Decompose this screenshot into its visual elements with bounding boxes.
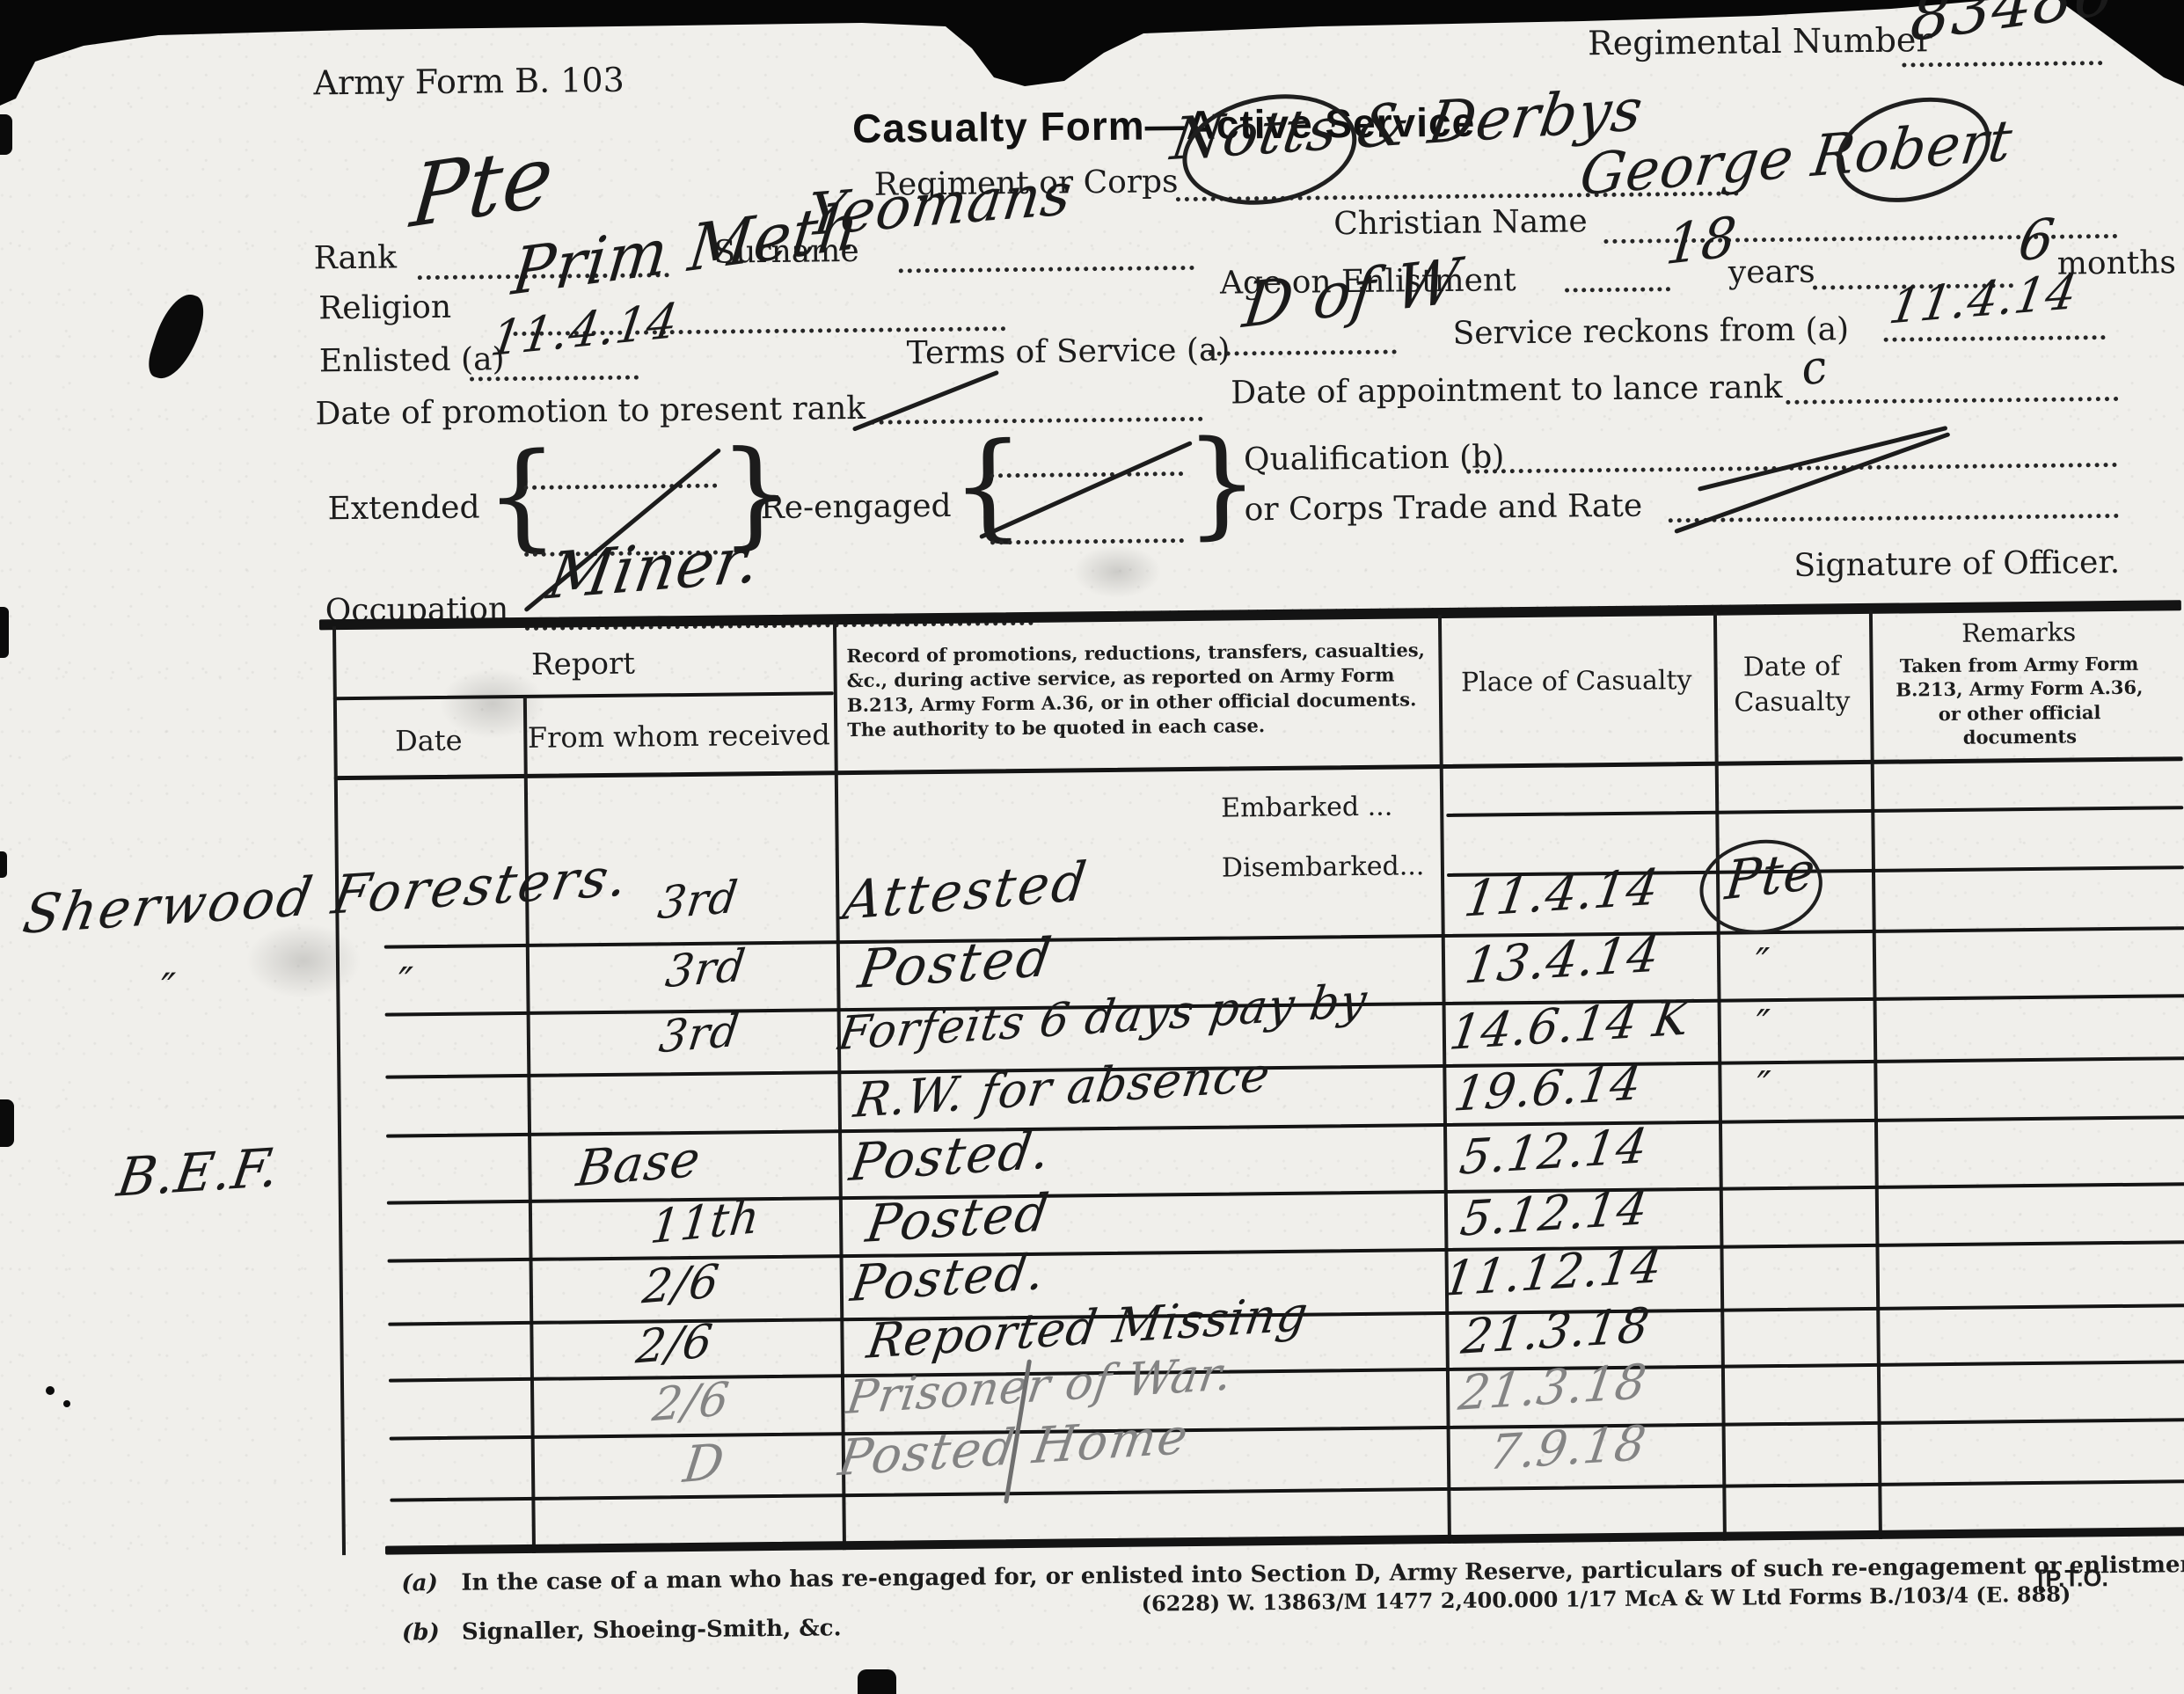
- service-reckons-label: Service reckons from (a): [1452, 311, 1849, 352]
- hw-record: Posted.: [847, 1244, 1049, 1314]
- report-underline: [333, 691, 834, 700]
- lance-rank-line: [1786, 391, 2118, 405]
- table-bottom-rule: [385, 1527, 2184, 1554]
- re-engaged-brace-open: {: [951, 427, 1026, 544]
- hw-record: Posted.: [846, 1120, 1055, 1193]
- pto-label: [P.T.O.: [2037, 1565, 2108, 1593]
- date-header: Date: [333, 723, 523, 758]
- form-number: Army Form B. 103: [313, 61, 625, 103]
- hw-ditto: ″: [1756, 940, 1771, 985]
- service-reckons-value: 11.4.14: [1886, 264, 2082, 335]
- report-header: Report: [332, 644, 833, 684]
- re-engaged-line-bottom: [990, 533, 1184, 544]
- christian-name-label: Christian Name: [1333, 203, 1588, 242]
- paper-background: Army Form B. 103 Regimental Number 83486…: [0, 0, 2184, 1694]
- footnote-b-text: Signaller, Shoeing-Smith, &c.: [462, 1615, 842, 1646]
- terms-of-service-label: Terms of Service (a): [907, 332, 1231, 372]
- record-header: Record of promotions, reductions, transf…: [846, 638, 1428, 742]
- hw-place-date: 5.12.14: [1457, 1118, 1652, 1186]
- age-months-value: 6: [2015, 206, 2059, 274]
- disembarked-label: Disembarked...: [1222, 851, 1425, 883]
- footnote-b-marker: (b): [402, 1619, 440, 1646]
- remarks-subheader: Taken from Army Form B.213, Army Form A.…: [1887, 652, 2151, 750]
- row-line: [384, 926, 2184, 948]
- hw-from: Base: [573, 1130, 705, 1198]
- hw-place-date: 21.3.18: [1456, 1354, 1651, 1421]
- hw-unit: Sherwood Foresters.: [18, 846, 635, 946]
- scanned-army-form: { "header": { "form_number": "Army Form …: [0, 0, 2184, 1694]
- hw-record: Posted: [854, 926, 1057, 1001]
- hw-ditto: ″: [1757, 1063, 1772, 1108]
- occupation-value: Miner.: [543, 522, 766, 614]
- lance-rank-scribble: c: [1797, 340, 1831, 397]
- hw-record: Posted: [862, 1182, 1054, 1254]
- terms-line: [1209, 345, 1397, 356]
- header-bottom-rule: [334, 756, 2183, 780]
- row-line: [385, 1056, 2184, 1078]
- column-divider-record-place: [1438, 615, 1451, 1544]
- hw-from: 3rd: [662, 939, 749, 997]
- signature-label: Signature of Officer.: [1793, 544, 2120, 584]
- hw-place-date: 19.6.14: [1450, 1055, 1646, 1122]
- row-line: [390, 1479, 2184, 1501]
- hw-place-date: 11.4.14: [1461, 858, 1663, 929]
- corps-trade-label: or Corps Trade and Rate: [1244, 488, 1642, 529]
- enlisted-line: [470, 370, 639, 382]
- rank-label: Rank: [313, 239, 397, 276]
- hw-record: R.W. for absence: [851, 1047, 1275, 1128]
- footnote-a-marker: (a): [401, 1570, 438, 1596]
- embarked-label: Embarked ...: [1221, 792, 1392, 824]
- hw-from: 3rd: [655, 871, 741, 929]
- hw-unit: B.E.F.: [113, 1137, 283, 1209]
- regimental-number-label: Regimental Number: [1588, 20, 1932, 62]
- years-label: years: [1728, 254, 1815, 291]
- embarked-line: [1446, 806, 2183, 817]
- regimental-number-value: 83486: [1909, 0, 2116, 55]
- hw-from: 2/6: [639, 1255, 722, 1315]
- extended-line-top: [523, 478, 717, 490]
- handwriting-flourish: [1825, 82, 2002, 218]
- column-divider-place-datecas: [1713, 612, 1727, 1541]
- hw-from: 3rd: [656, 1004, 742, 1062]
- re-engaged-line-top: [990, 466, 1183, 478]
- hw-from: 2/6: [633, 1315, 716, 1375]
- lance-rank-label: Date of appointment to lance rank: [1231, 369, 1783, 412]
- hw-ditto: ″: [1757, 1002, 1772, 1047]
- column-divider-left: [332, 626, 346, 1555]
- date-of-casualty-header-line1: Date of: [1713, 651, 1869, 683]
- hw-place-date: 14.6.14 K: [1446, 989, 1693, 1061]
- re-engaged-label: Re-engaged: [760, 488, 951, 526]
- column-divider-datecas-remarks: [1869, 610, 1882, 1539]
- extended-label: Extended: [327, 489, 479, 527]
- qualification-label: Qualification (b): [1244, 439, 1505, 478]
- age-years-line: [1565, 281, 1670, 292]
- remarks-header: Remarks: [1878, 616, 2159, 648]
- terms-of-service-value: D of W: [1239, 244, 1465, 342]
- column-divider-from-record: [833, 621, 846, 1550]
- date-of-casualty-header-line2: Casualty: [1714, 686, 1870, 719]
- hw-from: 11th: [647, 1190, 763, 1254]
- extended-brace-open: {: [485, 438, 559, 555]
- hw-record: Attested: [840, 851, 1092, 932]
- hw-place-date: 13.4.14: [1461, 925, 1663, 996]
- religion-label: Religion: [318, 289, 451, 327]
- rank-value: Pte: [406, 125, 558, 247]
- hw-from: D: [680, 1434, 727, 1495]
- regimental-number-line: [1902, 55, 2102, 67]
- promotion-line: [871, 412, 1203, 425]
- place-of-casualty-header: Place of Casualty: [1439, 665, 1714, 698]
- form-content: Army Form B. 103 Regimental Number 83486…: [0, 0, 2184, 1694]
- handwriting-stroke: [1698, 426, 1948, 492]
- hw-place-date: 7.9.18: [1486, 1415, 1650, 1481]
- hw-place-date: 5.12.14: [1457, 1179, 1652, 1247]
- from-whom-header: From whom received: [523, 718, 834, 755]
- hw-unit-ditto: ″: [161, 964, 178, 1011]
- religion-value: Prim Meth: [508, 187, 864, 310]
- column-divider-date-from: [523, 698, 536, 1553]
- surname-line: [899, 260, 1194, 274]
- hw-from: 2/6: [650, 1373, 733, 1433]
- hw-unit-ditto: ″: [398, 958, 415, 1005]
